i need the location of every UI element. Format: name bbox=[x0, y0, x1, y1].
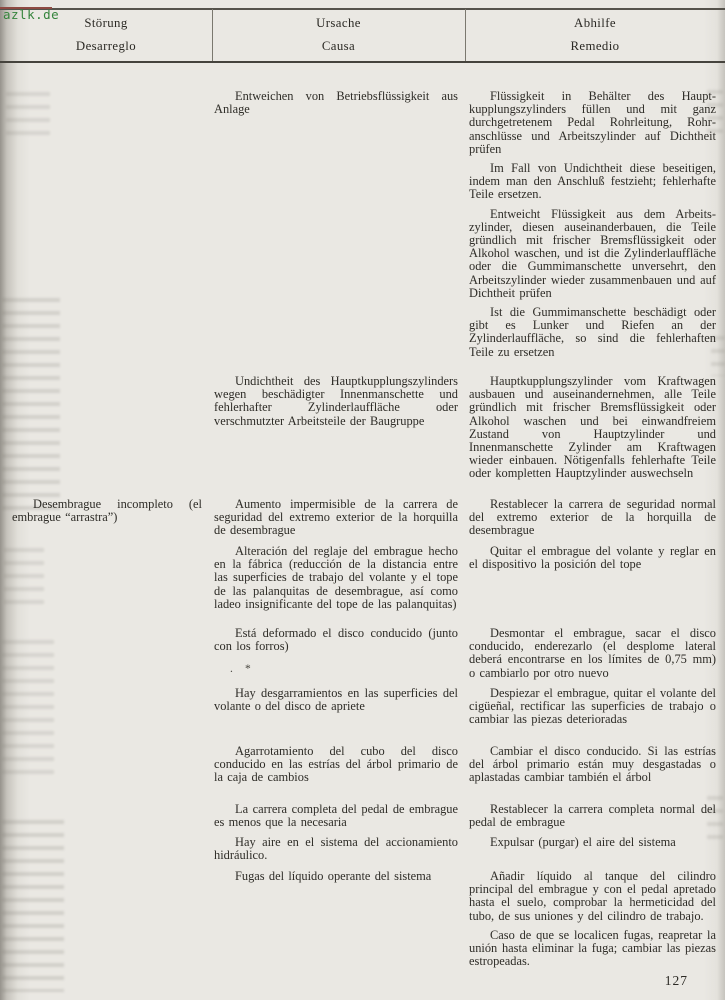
body-paragraph: Desembrague incompleto (el embrague “arr… bbox=[12, 498, 202, 524]
remedy-cell: Expulsar (purgar) el aire del sistema bbox=[465, 836, 725, 855]
cause-cell: Alteración del reglaje del embrague hech… bbox=[212, 545, 465, 617]
body-paragraph: Aumento impermisible de la carrera de se… bbox=[214, 498, 458, 538]
remedy-cell: Desmontar el embrague, sacar el dis­co c… bbox=[465, 627, 725, 686]
table-row: Desembrague incompleto (el embrague “arr… bbox=[0, 498, 725, 545]
body-paragraph: Caso de que se localicen fugas, re­apret… bbox=[469, 929, 716, 969]
table-row: Alteración del reglaje del embrague hech… bbox=[0, 545, 725, 627]
body-paragraph: Alteración del reglaje del embrague hech… bbox=[214, 545, 458, 611]
remedy-cell: Hauptkupplungszylinder vom Kraft­wagen a… bbox=[465, 375, 725, 487]
body-paragraph: Agarrotamiento del cubo del disco conduc… bbox=[214, 745, 458, 785]
remedy-cell: Flüssigkeit in Behälter des Haupt­kupplu… bbox=[465, 90, 725, 365]
header-label: Desarreglo bbox=[76, 39, 136, 54]
body-paragraph: Flüssigkeit in Behälter des Haupt­kupplu… bbox=[469, 90, 716, 156]
remedy-cell: Despiezar el embrague, quitar el vo­lant… bbox=[465, 687, 725, 733]
cause-cell: La carrera completa del pedal de em­brag… bbox=[212, 803, 465, 835]
table-row: Fugas del líquido operante del siste­ma … bbox=[0, 870, 725, 974]
header-label: Causa bbox=[322, 39, 355, 54]
header-label: Abhilfe bbox=[574, 16, 616, 31]
cause-cell: Aumento impermisible de la carrera de se… bbox=[212, 498, 465, 544]
header-cell-fault: Störung Desarreglo bbox=[0, 10, 212, 60]
header-label: Ursache bbox=[316, 16, 361, 31]
body-paragraph: Restablecer la carrera de seguridad norm… bbox=[469, 498, 716, 538]
body-paragraph: Undichtheit des Hauptkupplungszy­linders… bbox=[214, 375, 458, 428]
header-bottom-rule bbox=[0, 61, 725, 63]
table-row: Está deformado el disco conducido (junto… bbox=[0, 627, 725, 687]
cause-cell: Está deformado el disco conducido (junto… bbox=[212, 627, 465, 677]
table-row: La carrera completa del pedal de em­brag… bbox=[0, 803, 725, 836]
table-row: Entweichen von Betriebsflüssigkeit aus A… bbox=[0, 90, 725, 375]
page-number: 127 bbox=[665, 973, 688, 989]
body-paragraph: Expulsar (purgar) el aire del sistema bbox=[469, 836, 716, 849]
body-paragraph: Despiezar el embrague, quitar el vo­lant… bbox=[469, 687, 716, 727]
body-paragraph: Ist die Gummimanschette beschädigt oder … bbox=[469, 306, 716, 359]
body-paragraph: Desmontar el embrague, sacar el dis­co c… bbox=[469, 627, 716, 680]
body-paragraph: Cambiar el disco conducido. Si las estrí… bbox=[469, 745, 716, 785]
body-paragraph: Añadir líquido al tanque del cilindro pr… bbox=[469, 870, 716, 923]
table-row: Hay aire en el sistema del acciona­mient… bbox=[0, 836, 725, 870]
body-paragraph: Fugas del líquido operante del siste­ma bbox=[214, 870, 458, 883]
table-body: Entweichen von Betriebsflüssigkeit aus A… bbox=[0, 90, 725, 974]
body-paragraph: Quitar el embrague del volante y reglar … bbox=[469, 545, 716, 571]
body-paragraph: Está deformado el disco conducido (junto… bbox=[214, 627, 458, 653]
cause-cell: Entweichen von Betriebsflüssigkeit aus A… bbox=[212, 90, 465, 122]
scanned-manual-page: azlk.de Störung Desarreglo Ursache Causa… bbox=[0, 0, 725, 1000]
print-artifact-mark: . * bbox=[230, 663, 458, 676]
body-paragraph: La carrera completa del pedal de em­brag… bbox=[214, 803, 458, 829]
header-cell-remedy: Abhilfe Remedio bbox=[465, 10, 725, 60]
body-paragraph: Entweicht Flüssigkeit aus dem Arbeits­zy… bbox=[469, 208, 716, 300]
cause-cell: Agarrotamiento del cubo del disco conduc… bbox=[212, 745, 465, 791]
remedy-cell: Añadir líquido al tanque del cilindro pr… bbox=[465, 870, 725, 974]
header-cell-cause: Ursache Causa bbox=[212, 10, 465, 60]
fault-cell: Desembrague incompleto (el embrague “arr… bbox=[0, 498, 212, 530]
table-row: Undichtheit des Hauptkupplungszy­linders… bbox=[0, 375, 725, 498]
body-paragraph: Hay aire en el sistema del acciona­mient… bbox=[214, 836, 458, 862]
body-paragraph: Restablecer la carrera completa nor­mal … bbox=[469, 803, 716, 829]
header-label: Störung bbox=[84, 16, 127, 31]
header-label: Remedio bbox=[570, 39, 619, 54]
body-paragraph: Entweichen von Betriebsflüssigkeit aus A… bbox=[214, 90, 458, 116]
remedy-cell: Restablecer la carrera de seguridad norm… bbox=[465, 498, 725, 544]
cause-cell: Undichtheit des Hauptkupplungszy­linders… bbox=[212, 375, 465, 434]
body-paragraph: Im Fall von Undichtheit diese beseiti­ge… bbox=[469, 162, 716, 202]
cause-cell: Hay aire en el sistema del acciona­mient… bbox=[212, 836, 465, 868]
remedy-cell: Restablecer la carrera completa nor­mal … bbox=[465, 803, 725, 835]
table-row: Hay desgarramientos en las superfi­cies … bbox=[0, 687, 725, 745]
body-paragraph: Hauptkupplungszylinder vom Kraft­wagen a… bbox=[469, 375, 716, 481]
remedy-cell: Cambiar el disco conducido. Si las estrí… bbox=[465, 745, 725, 791]
cause-cell: Hay desgarramientos en las superfi­cies … bbox=[212, 687, 465, 719]
body-paragraph: Hay desgarramientos en las superfi­cies … bbox=[214, 687, 458, 713]
cause-cell: Fugas del líquido operante del siste­ma bbox=[212, 870, 465, 889]
table-row: Agarrotamiento del cubo del disco conduc… bbox=[0, 745, 725, 803]
remedy-cell: Quitar el embrague del volante y reglar … bbox=[465, 545, 725, 577]
table-header: Störung Desarreglo Ursache Causa Abhilfe… bbox=[0, 10, 725, 60]
